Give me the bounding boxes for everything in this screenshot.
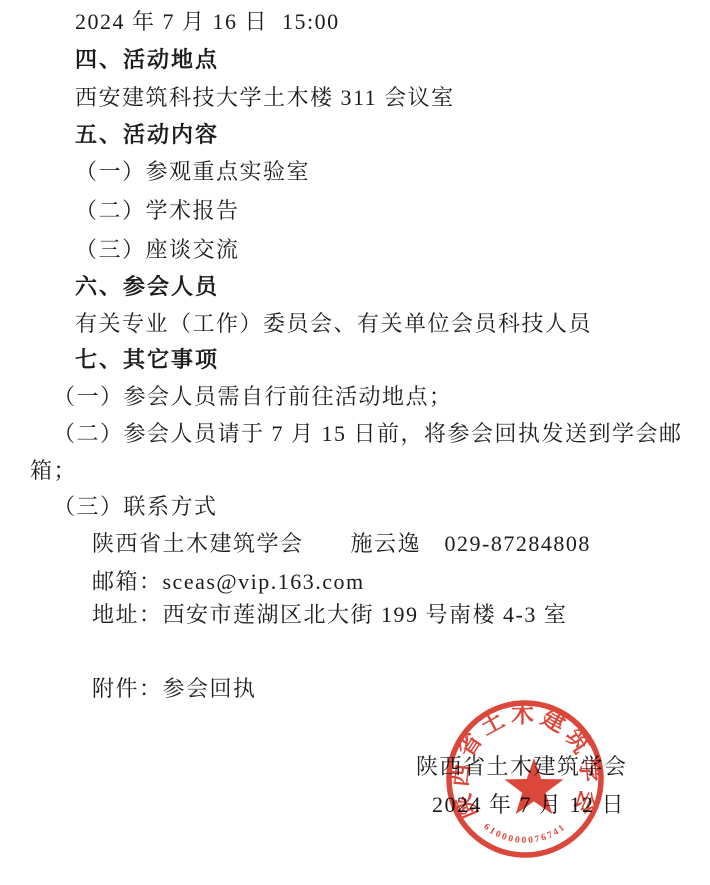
contact-address-line: 地址：西安市莲湖区北大街 199 号南楼 4-3 室 (92, 601, 567, 629)
note-item-3: （三）联系方式 (53, 493, 218, 521)
content-item-2: （二）学术报告 (75, 197, 240, 225)
participants-text: 有关专业（工作）委员会、有关单位会员科技人员 (75, 310, 592, 338)
seal-serial-number: 6100000076741 (481, 822, 568, 846)
contact-org-line: 陕西省土木建筑学会 施云逸 029-87284808 (92, 530, 591, 558)
svg-text:6100000076741: 6100000076741 (481, 822, 568, 846)
official-seal: 陕西省土木建筑学会 6100000076741 (430, 684, 620, 874)
heading-section-6: 六、参会人员 (75, 273, 219, 301)
heading-section-5: 五、活动内容 (75, 121, 219, 149)
event-location: 西安建筑科技大学土木楼 311 会议室 (75, 84, 455, 112)
document-page: 2024 年 7 月 16 日 15:00 四、活动地点 西安建筑科技大学土木楼… (0, 0, 710, 885)
content-item-3: （三）座谈交流 (75, 236, 240, 264)
note-item-2-continuation: 箱； (30, 457, 77, 485)
note-item-1: （一）参会人员需自行前往活动地点； (53, 383, 453, 411)
heading-section-7: 七、其它事项 (75, 346, 219, 374)
content-item-1: （一）参观重点实验室 (75, 158, 310, 186)
seal-star-icon (505, 758, 564, 814)
event-datetime: 2024 年 7 月 16 日 15:00 (75, 8, 340, 36)
contact-email-line: 邮箱：sceas@vip.163.com (92, 568, 365, 596)
note-item-2: （二）参会人员请于 7 月 15 日前，将参会回执发送到学会邮 (53, 420, 683, 448)
attachment-line: 附件：参会回执 (92, 675, 257, 703)
heading-section-4: 四、活动地点 (75, 46, 219, 74)
